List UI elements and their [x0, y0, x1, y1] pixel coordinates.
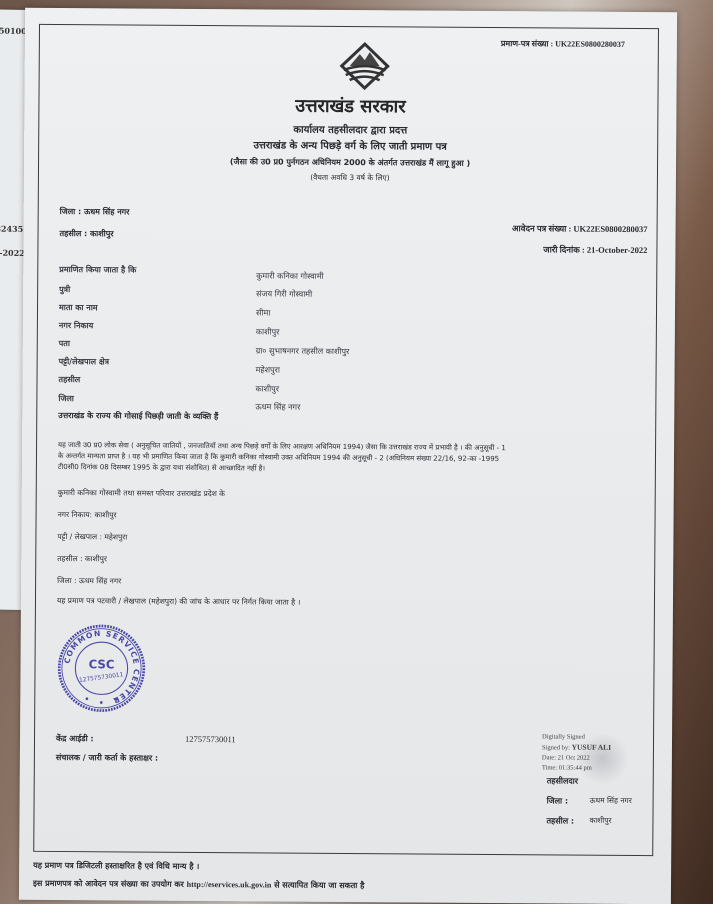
digital-signature-note: यह प्रमाण पत्र डिजिटली हस्ताक्षरित है एव…	[33, 860, 199, 872]
center-id-label: केंद्र आईडी :	[56, 733, 94, 744]
detail-label: नगर निकाय	[59, 320, 93, 331]
detail-value: कुमारी कनिका गोस्वामी	[256, 270, 323, 281]
family-tehsil: तहसील : काशीपुर	[57, 554, 107, 564]
detail-value: ग्रा० सुभाषनगर तहसील काशीपुर	[256, 345, 350, 357]
caste-statement: उत्तराखंड के राज्य की गोसाई पिछड़ी जाती …	[58, 410, 218, 422]
issued-basis: यह प्रमाण पत्र पटवारी / लेखपाल (महेशपुरा…	[57, 596, 300, 608]
issue-date-label: जारी दिनांक :	[543, 244, 585, 254]
signature-tehsil: काशीपुर	[589, 816, 611, 826]
signature-district: ऊधम सिंह नगर	[590, 796, 632, 806]
detail-label: तहसील	[58, 374, 80, 385]
detail-label: माता का नाम	[59, 302, 98, 313]
detail-label: पता	[59, 338, 70, 349]
signature-district-label: जिला :	[547, 795, 569, 806]
detail-label: जिला	[58, 393, 74, 404]
detail-value: संजय गिरी गोस्वामी	[256, 288, 312, 299]
verification-note-suffix: से सत्यापित किया जा सकता है	[274, 880, 364, 890]
detail-value: सीमा	[256, 307, 270, 318]
header-tehsil: तहसील : काशीपुर	[60, 228, 114, 239]
uttarakhand-emblem-icon	[329, 40, 399, 98]
application-number-value: UK22ES0800280037	[573, 224, 647, 235]
signer-label: Signed by:	[542, 744, 570, 751]
signature-time: Time: 01:35:44 pm	[542, 763, 611, 773]
details-table: प्रमाणित किया जाता है कि कुमारी कनिका गो…	[25, 8, 677, 13]
caste-certificate: प्रमाण-पत्र संख्या : UK22ES0800280037 उत…	[19, 8, 677, 904]
application-number-label: आवेदन पत्र संख्या :	[512, 223, 571, 233]
stamp-center-text: CSC	[89, 657, 115, 671]
certificate-number-label: प्रमाण-पत्र संख्या :	[501, 39, 553, 48]
detail-value: काशीपुर	[256, 326, 280, 337]
detail-label: प्रमाणित किया जाता है कि	[59, 264, 136, 276]
verification-note: इस प्रमाणपत्र को आवेदन पत्र संख्या का उप…	[33, 878, 365, 891]
certificate-number: प्रमाण-पत्र संख्या : UK22ES0800280037	[501, 38, 625, 50]
signer-name: YUSUF ALI	[572, 743, 612, 752]
issue-date-value: 21-October-2022	[587, 245, 648, 255]
verification-note-prefix: इस प्रमाणपत्र को आवेदन पत्र संख्या का उप…	[33, 879, 184, 889]
government-name: उत्तराखंड सरकार	[24, 92, 676, 121]
certificate-number-value: UK22ES0800280037	[555, 39, 625, 48]
detail-value: ऊधम सिंह नगर	[255, 401, 300, 412]
verification-url-link[interactable]: http://eservices.uk.gov.in	[187, 880, 272, 890]
family-patti: पट्टी / लेखपाल : महेशपुरा	[57, 532, 127, 542]
csc-stamp-icon: COMMON SERVICE CENTER CSC 127575730011	[56, 623, 147, 714]
header-district: जिला : ऊधम सिंह नगर	[60, 206, 130, 217]
family-nagar: नगर निकाय: काशीपुर	[58, 510, 117, 520]
detail-value: काशीपुर	[255, 383, 279, 394]
signature-tehsil-label: तहसील :	[546, 815, 574, 826]
signature-date: Date: 21 Oct 2022	[542, 753, 611, 763]
family-intro: कुमारी कनिका गोस्वामी तथा समस्त परिवार उ…	[58, 488, 225, 499]
signature-status: Digitally Signed	[542, 732, 611, 742]
background-date-fragment: r-2022	[0, 248, 25, 259]
signatory-label: संचालक / जारी कर्ता के हस्ताक्षर :	[56, 752, 158, 764]
family-district: जिला : ऊधम सिंह नगर	[57, 576, 121, 586]
digital-signature-block: Digitally Signed Signed by: YUSUF ALI Da…	[542, 732, 611, 773]
detail-label: पुत्री	[59, 284, 70, 295]
detail-label: पट्टी/लेखपाल क्षेत्र	[59, 356, 109, 367]
detail-value: महेशपुरा	[256, 364, 280, 375]
stamp-id: 127575730011	[79, 672, 124, 684]
legal-paragraph: यह जाती उ0 प्र0 लोक सेवा ( अनुसूचित जाति…	[58, 440, 506, 476]
issue-date: जारी दिनांक : 21-October-2022	[543, 244, 647, 256]
signature-signer: Signed by: YUSUF ALI	[542, 742, 611, 753]
center-id-value: 127575730011	[185, 734, 236, 744]
application-number: आवेदन पत्र संख्या : UK22ES0800280037	[512, 223, 648, 235]
signatory-designation: तहसीलदार	[547, 775, 578, 786]
